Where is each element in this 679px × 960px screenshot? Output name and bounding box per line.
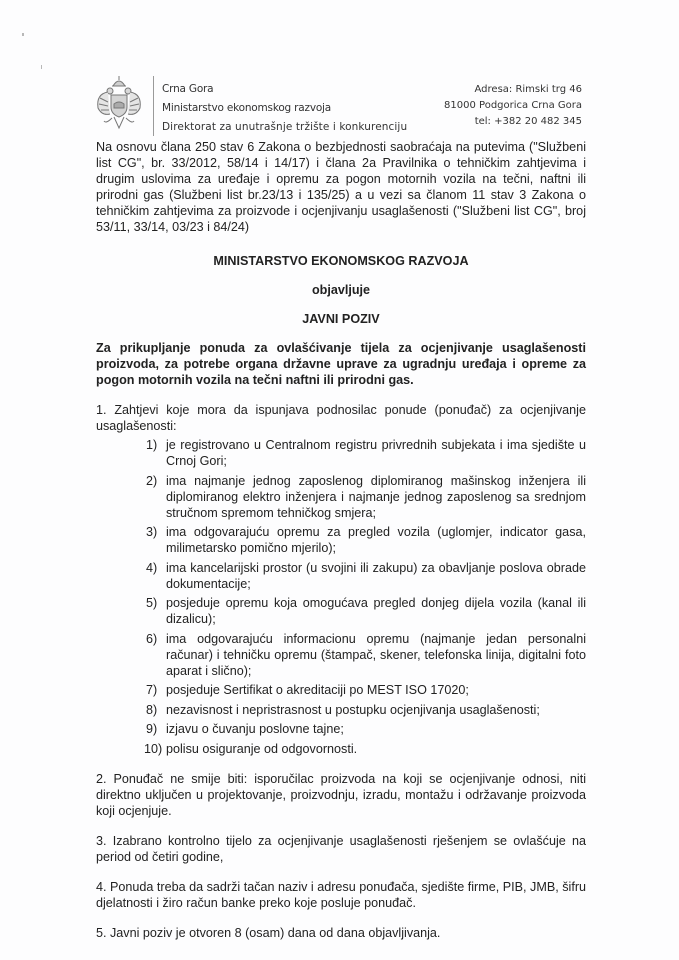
requirement-item: 5)posjeduje opremu koja omogućava pregle… [146, 595, 586, 627]
requirement-item: 1)je registrovano u Centralnom registru … [146, 437, 586, 469]
requirement-item: 8)nezavisnost i nepristrasnost u postupk… [146, 702, 586, 718]
requirement-item: 2)ima najmanje jednog zaposlenog diplomi… [146, 473, 586, 521]
item-text: ima odgovarajuću informacionu opremu (na… [166, 632, 586, 678]
letterhead-divider [153, 76, 154, 136]
item-number: 7) [146, 682, 157, 698]
section-3: 3. Izabrano kontrolno tijelo za ocjenjiv… [96, 833, 586, 865]
letterhead-institution: Crna Gora Ministarstvo ekonomskog razvoj… [162, 80, 407, 137]
section-1-intro: 1. Zahtjevi koje mora da ispunjava podno… [96, 402, 586, 434]
country-name: Crna Gora [162, 80, 407, 99]
requirement-item: 6)ima odgovarajuću informacionu opremu (… [146, 631, 586, 679]
requirement-item: 4)ima kancelarijski prostor (u svojini i… [146, 560, 586, 592]
ministry-name: Ministarstvo ekonomskog razvoja [162, 99, 407, 118]
section-2: 2. Ponuđač ne smije biti: isporučilac pr… [96, 771, 586, 819]
directorate-name: Direktorat za unutrašnje tržište i konku… [162, 118, 407, 137]
item-number: 8) [146, 702, 157, 718]
letterhead-contact: Adresa: Rimski trg 46 81000 Podgorica Cr… [444, 82, 582, 130]
letterhead: Crna Gora Ministarstvo ekonomskog razvoj… [92, 74, 592, 136]
requirement-item: 7)posjeduje Sertifikat o akreditaciji po… [146, 682, 586, 698]
item-text: je registrovano u Centralnom registru pr… [166, 438, 586, 468]
legal-preamble: Na osnovu člana 250 stav 6 Zakona o bezb… [96, 139, 586, 235]
call-subject: Za prikupljanje ponuda za ovlašćivanje t… [96, 340, 586, 388]
section-1: 1. Zahtjevi koje mora da ispunjava podno… [96, 402, 586, 757]
item-text: nezavisnost i nepristrasnost u postupku … [166, 703, 540, 717]
scan-speck [22, 33, 24, 36]
requirement-item: 9)izjavu o čuvanju poslovne tajne; [146, 721, 586, 737]
document-title: JAVNI POZIV [96, 311, 586, 327]
issuer-heading: MINISTARSTVO EKONOMSKOG RAZVOJA [96, 253, 586, 269]
item-text: polisu osiguranje od odgovornosti. [166, 742, 357, 756]
requirement-item: 10)polisu osiguranje od odgovornosti. [146, 741, 586, 757]
item-number: 1) [146, 437, 157, 453]
item-number: 9) [146, 721, 157, 737]
item-text: ima najmanje jednog zaposlenog diplomira… [166, 474, 586, 520]
document-body: Na osnovu člana 250 stav 6 Zakona o bezb… [96, 139, 586, 941]
requirements-list: 1)je registrovano u Centralnom registru … [96, 437, 586, 757]
coat-of-arms-icon [94, 74, 144, 134]
section-4: 4. Ponuda treba da sadrži tačan naziv i … [96, 879, 586, 911]
item-text: posjeduje opremu koja omogućava pregled … [166, 596, 586, 626]
item-text: ima odgovarajuću opremu za pregled vozil… [166, 525, 586, 555]
scan-speck [41, 65, 42, 69]
item-number: 10) [144, 741, 162, 757]
item-number: 6) [146, 631, 157, 647]
verb-heading: objavljuje [96, 282, 586, 298]
requirement-item: 3)ima odgovarajuću opremu za pregled voz… [146, 524, 586, 556]
item-number: 3) [146, 524, 157, 540]
phone-line: tel: +382 20 482 345 [444, 114, 582, 130]
city-line: 81000 Podgorica Crna Gora [444, 98, 582, 114]
section-5: 5. Javni poziv je otvoren 8 (osam) dana … [96, 925, 586, 941]
item-text: ima kancelarijski prostor (u svojini ili… [166, 561, 586, 591]
item-number: 5) [146, 595, 157, 611]
item-text: posjeduje Sertifikat o akreditaciji po M… [166, 683, 469, 697]
address-line: Adresa: Rimski trg 46 [444, 82, 582, 98]
item-text: izjavu o čuvanju poslovne tajne; [166, 722, 344, 736]
item-number: 4) [146, 560, 157, 576]
item-number: 2) [146, 473, 157, 489]
